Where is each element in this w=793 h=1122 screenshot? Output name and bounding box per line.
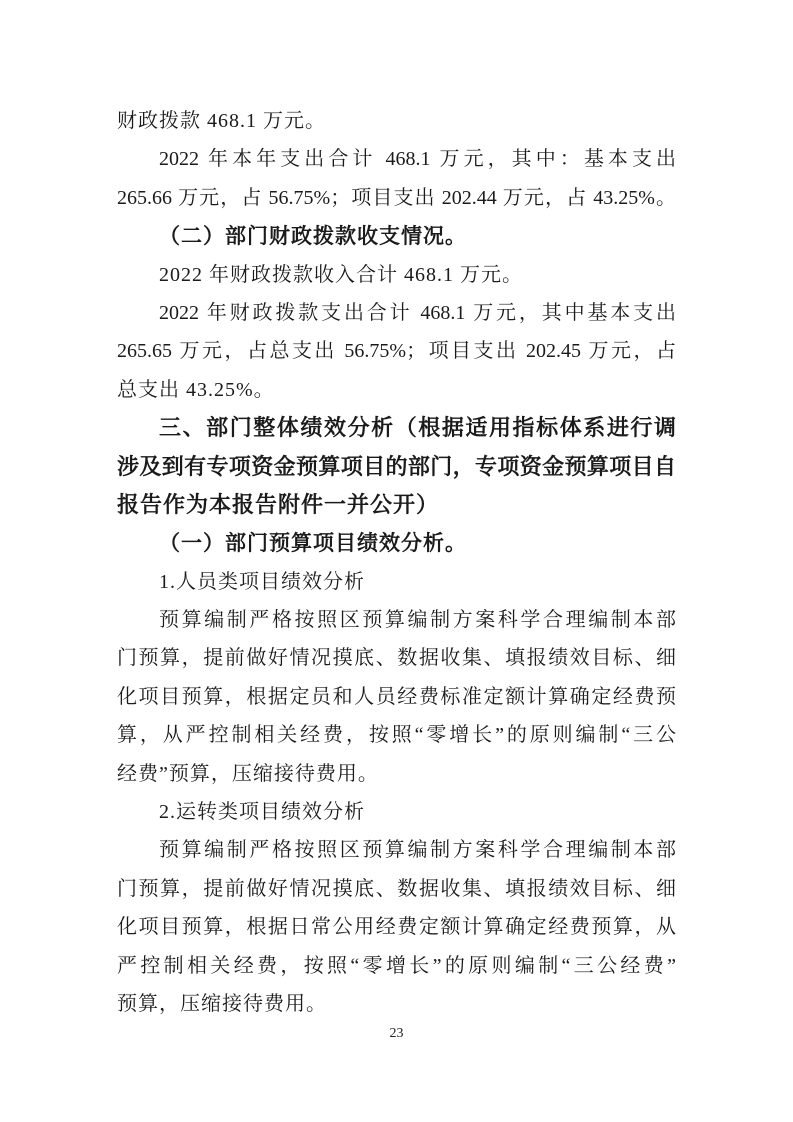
text-line: 门预算，提前做好情况摸底、数据收集、填报绩效目标、细 bbox=[117, 870, 676, 908]
text-line: 2.运转类项目绩效分析 bbox=[117, 793, 676, 831]
paragraph-item-2-body: 预算编制严格按照区预算编制方案科学合理编制本部门预算，提前做好情况摸底、数据收集… bbox=[117, 831, 676, 1023]
text-line: （一）部门预算项目绩效分析。 bbox=[117, 524, 676, 562]
text-line: 2022 年财政拨款支出合计 468.1 万元，其中基本支出 bbox=[117, 294, 676, 332]
text-line: 三、部门整体绩效分析（根据适用指标体系进行调整， bbox=[117, 409, 676, 447]
text-line: 预算，压缩接待费用。 bbox=[117, 985, 676, 1023]
text-line: 预算编制严格按照区预算编制方案科学合理编制本部 bbox=[117, 831, 676, 869]
paragraph-annual-expenditure: 2022 年本年支出合计 468.1 万元，其中：基本支出265.66 万元，占… bbox=[117, 140, 676, 217]
text-line: 门预算，提前做好情况摸底、数据收集、填报绩效目标、细 bbox=[117, 639, 676, 677]
text-line: 1.人员类项目绩效分析 bbox=[117, 563, 676, 601]
paragraph-carryover: 财政拨款 468.1 万元。 bbox=[117, 102, 676, 140]
text-line: 2022 年本年支出合计 468.1 万元，其中：基本支出 bbox=[117, 140, 676, 178]
text-line: （二）部门财政拨款收支情况。 bbox=[117, 217, 676, 255]
text-line: 经费”预算，压缩接待费用。 bbox=[117, 755, 676, 793]
page-footer: 23 bbox=[0, 1022, 793, 1046]
text-line: 算，从严控制相关经费，按照“零增长”的原则编制“三公 bbox=[117, 716, 676, 754]
text-line: 2022 年财政拨款收入合计 468.1 万元。 bbox=[117, 256, 676, 294]
text-line: 涉及到有专项资金预算项目的部门，专项资金预算项目自评 bbox=[117, 448, 676, 486]
text-line: 财政拨款 468.1 万元。 bbox=[117, 102, 676, 140]
paragraph-fiscal-expenditure: 2022 年财政拨款支出合计 468.1 万元，其中基本支出265.65 万元，… bbox=[117, 294, 676, 409]
paragraph-item-2-title: 2.运转类项目绩效分析 bbox=[117, 793, 676, 831]
text-line: 化项目预算，根据定员和人员经费标准定额计算确定经费预 bbox=[117, 678, 676, 716]
text-line: 265.66 万元，占 56.75%；项目支出 202.44 万元，占 43.2… bbox=[117, 179, 676, 217]
document-page: 财政拨款 468.1 万元。2022 年本年支出合计 468.1 万元，其中：基… bbox=[0, 0, 793, 1122]
paragraph-item-1-title: 1.人员类项目绩效分析 bbox=[117, 563, 676, 601]
text-line: 化项目预算，根据日常公用经费定额计算确定经费预算，从 bbox=[117, 908, 676, 946]
text-line: 总支出 43.25%。 bbox=[117, 371, 676, 409]
heading-section-3: 三、部门整体绩效分析（根据适用指标体系进行调整，涉及到有专项资金预算项目的部门，… bbox=[117, 409, 676, 524]
text-line: 265.65 万元，占总支出 56.75%；项目支出 202.45 万元，占 bbox=[117, 332, 676, 370]
heading-section-3-1: （一）部门预算项目绩效分析。 bbox=[117, 524, 676, 562]
heading-section-2: （二）部门财政拨款收支情况。 bbox=[117, 217, 676, 255]
paragraph-item-1-body: 预算编制严格按照区预算编制方案科学合理编制本部门预算，提前做好情况摸底、数据收集… bbox=[117, 601, 676, 793]
text-line: 严控制相关经费，按照“零增长”的原则编制“三公经费” bbox=[117, 947, 676, 985]
text-line: 报告作为本报告附件一并公开） bbox=[117, 486, 676, 524]
text-body: 财政拨款 468.1 万元。2022 年本年支出合计 468.1 万元，其中：基… bbox=[117, 102, 676, 1023]
text-line: 预算编制严格按照区预算编制方案科学合理编制本部 bbox=[117, 601, 676, 639]
paragraph-fiscal-income: 2022 年财政拨款收入合计 468.1 万元。 bbox=[117, 256, 676, 294]
page-number: 23 bbox=[390, 1026, 404, 1041]
